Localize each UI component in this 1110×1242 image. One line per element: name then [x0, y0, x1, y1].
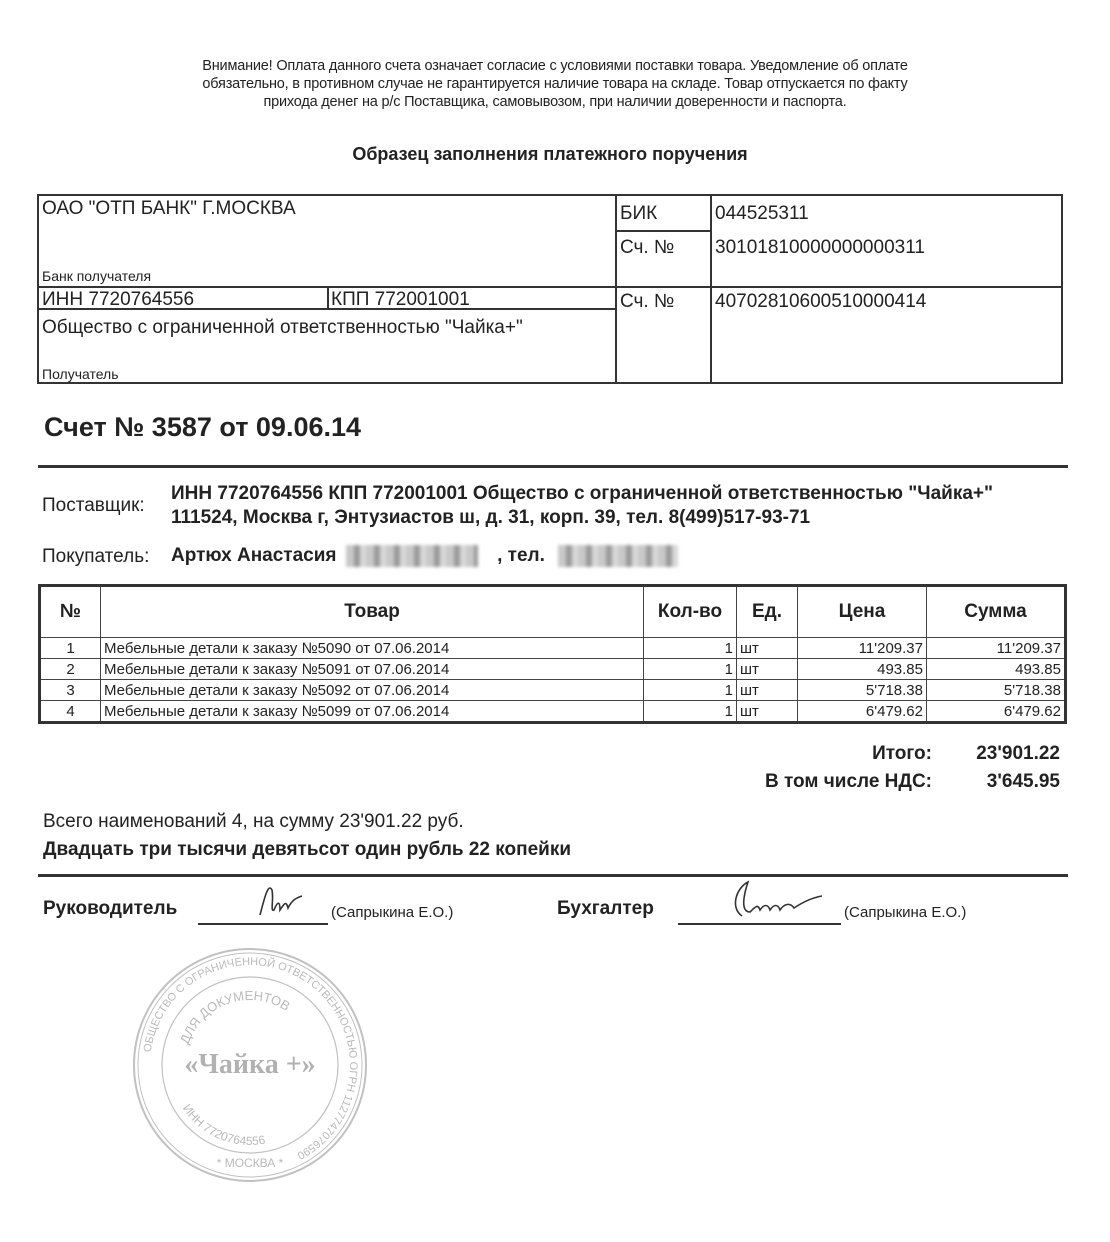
amount-in-words: Двадцать три тысячи девятьсот один рубль… [43, 836, 571, 864]
row-qty: 1 [644, 638, 737, 659]
director-signature-icon [250, 870, 320, 930]
row-number: 1 [40, 638, 101, 659]
items-count-line: Всего наименований 4, на сумму 23'901.22… [43, 808, 571, 836]
total-label: Итого: [632, 740, 932, 768]
divider [615, 230, 710, 232]
row-sum: 11'209.37 [927, 638, 1066, 659]
row-number: 2 [40, 659, 101, 680]
director-name: (Сапрыкина Е.О.) [331, 904, 453, 921]
row-price: 6'479.62 [798, 701, 927, 723]
recipient-kpp: КПП 772001001 [331, 289, 470, 311]
redacted-phone [558, 545, 678, 567]
stamp-center-text: «Чайка +» [184, 1049, 315, 1080]
bank-details-box: ОАО "ОТП БАНК" Г.МОСКВА Банк получателя … [37, 194, 1063, 384]
bik-label: БИК [620, 203, 657, 225]
notice-line: обязательно, в противном случае не гаран… [120, 75, 990, 93]
supplier-line: ИНН 7720764556 КПП 772001001 Общество с … [171, 482, 993, 506]
buyer-name: Артюх Анастасия [171, 545, 337, 566]
corr-account-label: Сч. № [620, 237, 674, 259]
recipient-label: Получатель [42, 366, 119, 382]
header-item: Товар [101, 586, 644, 638]
row-number: 3 [40, 680, 101, 701]
company-stamp-icon: ОБЩЕСТВО С ОГРАНИЧЕННОЙ ОТВЕТСТВЕННОСТЬЮ… [130, 945, 370, 1185]
vat-row: В том числе НДС:3'645.95 [632, 768, 1060, 796]
row-number: 4 [40, 701, 101, 723]
svg-text:ИНН 7720764556: ИНН 7720764556 [180, 1102, 267, 1148]
notice-line: прихода денег на р/с Поставщика, самовыв… [120, 93, 990, 111]
header-unit: Ед. [737, 586, 798, 638]
row-qty: 1 [644, 659, 737, 680]
row-price: 11'209.37 [798, 638, 927, 659]
accountant-name: (Сапрыкина Е.О.) [844, 904, 966, 921]
recipient-name: Общество с ограниченной ответственностью… [42, 317, 523, 339]
header-sum: Сумма [927, 586, 1066, 638]
items-table: № Товар Кол-во Ед. Цена Сумма 1Мебельные… [38, 584, 1067, 724]
accountant-signature-icon [720, 868, 830, 938]
bank-label: Банк получателя [42, 268, 151, 284]
header-price: Цена [798, 586, 927, 638]
header-number: № [40, 586, 101, 638]
divider [710, 196, 712, 382]
row-item: Мебельные детали к заказу №5090 от 07.06… [101, 638, 644, 659]
invoice-title: Счет № 3587 от 09.06.14 [44, 412, 361, 443]
stamp-city-text: * МОСКВА * [217, 1156, 284, 1170]
supplier-address: 111524, Москва г, Энтузиастов ш, д. 31, … [171, 506, 993, 530]
divider [327, 286, 329, 308]
vat-label: В том числе НДС: [632, 768, 932, 796]
payment-notice: Внимание! Оплата данного счета означает … [120, 57, 990, 111]
row-unit: шт [737, 638, 798, 659]
row-sum: 5'718.38 [927, 680, 1066, 701]
vat-value: 3'645.95 [932, 768, 1060, 796]
buyer-phone-label: , тел. [497, 545, 545, 566]
row-price: 5'718.38 [798, 680, 927, 701]
table-row: 2Мебельные детали к заказу №5091 от 07.0… [40, 659, 1066, 680]
divider [38, 465, 1068, 468]
notice-line: Внимание! Оплата данного счета означает … [120, 57, 990, 75]
row-sum: 6'479.62 [927, 701, 1066, 723]
total-value: 23'901.22 [932, 740, 1060, 768]
divider [39, 286, 1061, 288]
row-item: Мебельные детали к заказу №5091 от 07.06… [101, 659, 644, 680]
total-row: Итого:23'901.22 [632, 740, 1060, 768]
header-qty: Кол-во [644, 586, 737, 638]
buyer-details: Артюх Анастасия , тел. [171, 544, 678, 568]
account-value: 40702810600510000414 [715, 291, 926, 313]
summary: Всего наименований 4, на сумму 23'901.22… [43, 808, 571, 864]
divider [38, 874, 1068, 877]
row-item: Мебельные детали к заказу №5099 от 07.06… [101, 701, 644, 723]
row-unit: шт [737, 680, 798, 701]
table-row: 3Мебельные детали к заказу №5092 от 07.0… [40, 680, 1066, 701]
payment-sample-title: Образец заполнения платежного поручения [0, 144, 1100, 165]
divider [615, 196, 617, 382]
recipient-inn: ИНН 7720764556 [42, 289, 194, 311]
accountant-label: Бухгалтер [557, 898, 654, 920]
table-row: 4Мебельные детали к заказу №5099 от 07.0… [40, 701, 1066, 723]
supplier-details: ИНН 7720764556 КПП 772001001 Общество с … [171, 482, 993, 530]
buyer-label: Покупатель: [42, 546, 149, 568]
totals: Итого:23'901.22 В том числе НДС:3'645.95 [632, 740, 1060, 796]
corr-account-value: 30101810000000000311 [715, 237, 925, 259]
row-unit: шт [737, 659, 798, 680]
table-header-row: № Товар Кол-во Ед. Цена Сумма [40, 586, 1066, 638]
row-qty: 1 [644, 701, 737, 723]
row-unit: шт [737, 701, 798, 723]
bik-value: 044525311 [715, 203, 809, 225]
account-label: Сч. № [620, 291, 674, 313]
redacted-patronymic [346, 545, 478, 567]
row-sum: 493.85 [927, 659, 1066, 680]
director-label: Руководитель [43, 898, 177, 920]
row-price: 493.85 [798, 659, 927, 680]
row-qty: 1 [644, 680, 737, 701]
stamp-inn-text: ИНН 7720764556 [180, 1102, 267, 1148]
table-row: 1Мебельные детали к заказу №5090 от 07.0… [40, 638, 1066, 659]
bank-name: ОАО "ОТП БАНК" Г.МОСКВА [42, 198, 296, 220]
row-item: Мебельные детали к заказу №5092 от 07.06… [101, 680, 644, 701]
supplier-label: Поставщик: [42, 495, 145, 517]
